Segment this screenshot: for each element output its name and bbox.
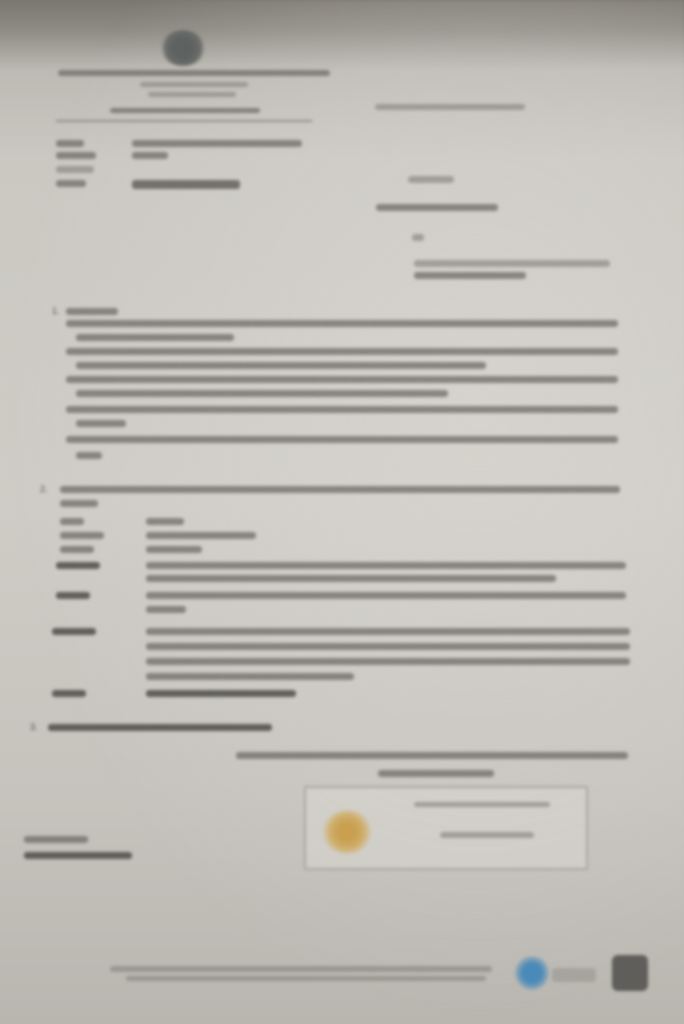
stamp-text [440, 832, 534, 838]
qr-code-icon [612, 955, 648, 991]
metadata-label [56, 166, 94, 173]
cc-label [24, 836, 88, 843]
detail-value-cont [146, 658, 630, 665]
cc-recipient [24, 852, 132, 859]
addressee-line [412, 234, 424, 241]
metadata-label [56, 152, 96, 159]
stamp-text [414, 802, 550, 807]
metadata-label [56, 180, 86, 187]
detail-value-cont [146, 575, 556, 582]
letterhead-line-2 [140, 82, 248, 87]
reference-item-cont [76, 420, 126, 427]
detail-value-cont [146, 643, 630, 650]
detail-label [56, 562, 100, 569]
detail-label [60, 518, 84, 525]
place-date [375, 104, 525, 110]
addressee-line [408, 176, 454, 183]
logo-wordmark [552, 968, 596, 982]
detail-label [52, 690, 86, 697]
detail-value-cont [146, 606, 186, 613]
section-number: 1. [52, 306, 60, 316]
addressee-line [414, 260, 610, 267]
detail-value [146, 532, 256, 539]
official-seal-icon [322, 810, 372, 854]
footer-text-cont [126, 976, 486, 981]
reference-item-cont [76, 390, 448, 397]
metadata-value [132, 140, 302, 147]
detail-value [146, 592, 626, 599]
section-heading-cont [60, 500, 98, 507]
detail-value [146, 690, 296, 697]
closing-statement [48, 724, 272, 731]
detail-value [146, 518, 184, 525]
detail-label [56, 592, 90, 599]
detail-value [146, 562, 626, 569]
letter-subject [132, 180, 240, 189]
reference-item [66, 376, 618, 383]
letterhead-line-1 [58, 70, 330, 76]
addressee-line [414, 272, 526, 279]
metadata-label [56, 140, 84, 147]
section-number: 3. [30, 722, 38, 732]
section-heading [60, 486, 620, 493]
reference-item [66, 348, 618, 355]
letter-page: 1. 2. [0, 0, 684, 1024]
detail-label [52, 628, 96, 635]
government-emblem-icon [160, 30, 206, 66]
letterhead-divider [56, 120, 312, 122]
signature-title [236, 752, 628, 759]
detail-value-cont [146, 673, 354, 680]
reference-item-cont [76, 362, 486, 369]
detail-value [146, 546, 202, 553]
reference-item-cont [76, 334, 234, 341]
metadata-value [132, 152, 168, 159]
reference-item [66, 320, 618, 327]
reference-item [66, 406, 618, 413]
footer-text [110, 966, 492, 972]
section-heading [66, 308, 118, 315]
detail-value [146, 628, 630, 635]
addressee-line [376, 204, 498, 211]
section-number: 2. [40, 484, 48, 494]
detail-label [60, 532, 104, 539]
letterhead-line-3 [148, 92, 236, 97]
detail-label [60, 546, 94, 553]
reference-item-cont [76, 452, 102, 459]
letterhead-line-4 [110, 108, 260, 113]
reference-item [66, 436, 618, 443]
signature-title [378, 770, 494, 777]
blue-circle-logo-icon [515, 956, 549, 990]
